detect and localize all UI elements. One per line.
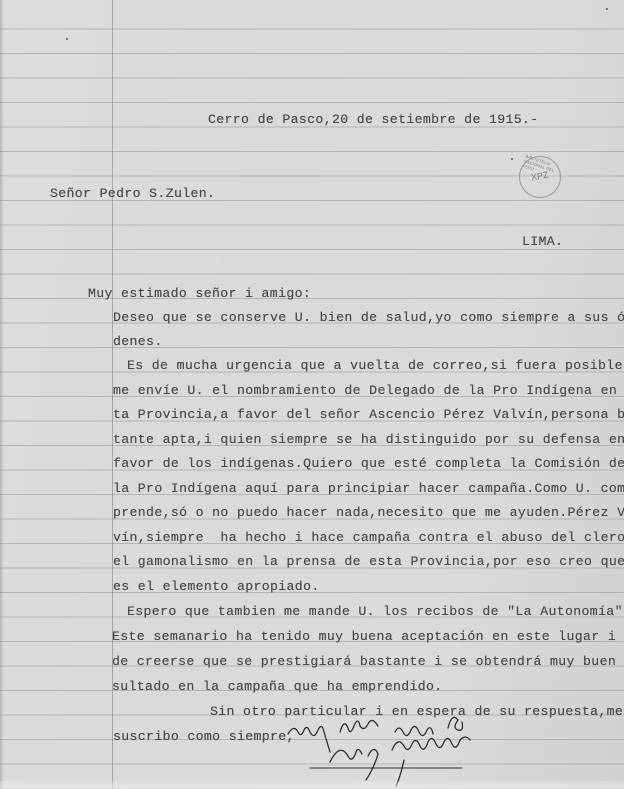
- body-line: me envíe U. el nombramiento de Delegado …: [113, 383, 624, 399]
- body-line: Es de mucha urgencia que a vuelta de cor…: [127, 358, 624, 374]
- letter-page: Cerro de Pasco,20 de setiembre de 1915.-…: [0, 0, 624, 789]
- place-date: Cerro de Pasco,20 de setiembre de 1915.-: [208, 112, 539, 128]
- library-stamp: BIBLIOTECA NACIONAL DEL PERU XPZ · · · ·: [519, 156, 561, 198]
- stamp-sub-text: · · · ·: [536, 181, 544, 186]
- ink-speck: [66, 38, 68, 40]
- body-line: ta Provincia,a favor del señor Ascencio …: [113, 407, 624, 423]
- ink-speck: [511, 158, 513, 160]
- body-line: de creerse que se prestigiará bastante i…: [112, 654, 624, 670]
- page-edge-shadow: [0, 0, 4, 789]
- page-bottom-edge: [0, 781, 624, 789]
- body-line: prende,só o no puedo hacer nada,necesito…: [113, 505, 624, 521]
- handwritten-signature: [280, 710, 540, 789]
- body-line: sultado en la campaña que ha emprendido.: [112, 679, 443, 695]
- body-line: la Pro Indígena aquí para principiar hac…: [113, 481, 624, 497]
- ink-speck: [606, 8, 608, 10]
- salutation: Muy estimado señor i amigo:: [88, 286, 311, 302]
- body-line: Espero que tambien me mande U. los recib…: [127, 604, 624, 620]
- body-line: denes.: [113, 334, 163, 350]
- body-line: vín,siempre ha hecho i hace campaña cont…: [113, 530, 624, 546]
- addressee: Señor Pedro S.Zulen.: [50, 186, 215, 202]
- body-line: tante apta,i quien siempre se ha disting…: [113, 432, 624, 448]
- body-line: es el elemento apropiado.: [113, 579, 320, 595]
- body-line: Deseo que se conserve U. bien de salud,y…: [113, 310, 624, 326]
- body-line: favor de los indígenas.Quiero que esté c…: [113, 456, 624, 472]
- city: LIMA.: [522, 234, 563, 250]
- closing-line: suscribo como siempre,: [113, 729, 295, 745]
- stamp-code: XPZ: [531, 171, 550, 183]
- body-line: Este semanario ha tenido muy buena acept…: [112, 629, 624, 645]
- body-line: el gamonalismo en la prensa de esta Prov…: [113, 554, 624, 570]
